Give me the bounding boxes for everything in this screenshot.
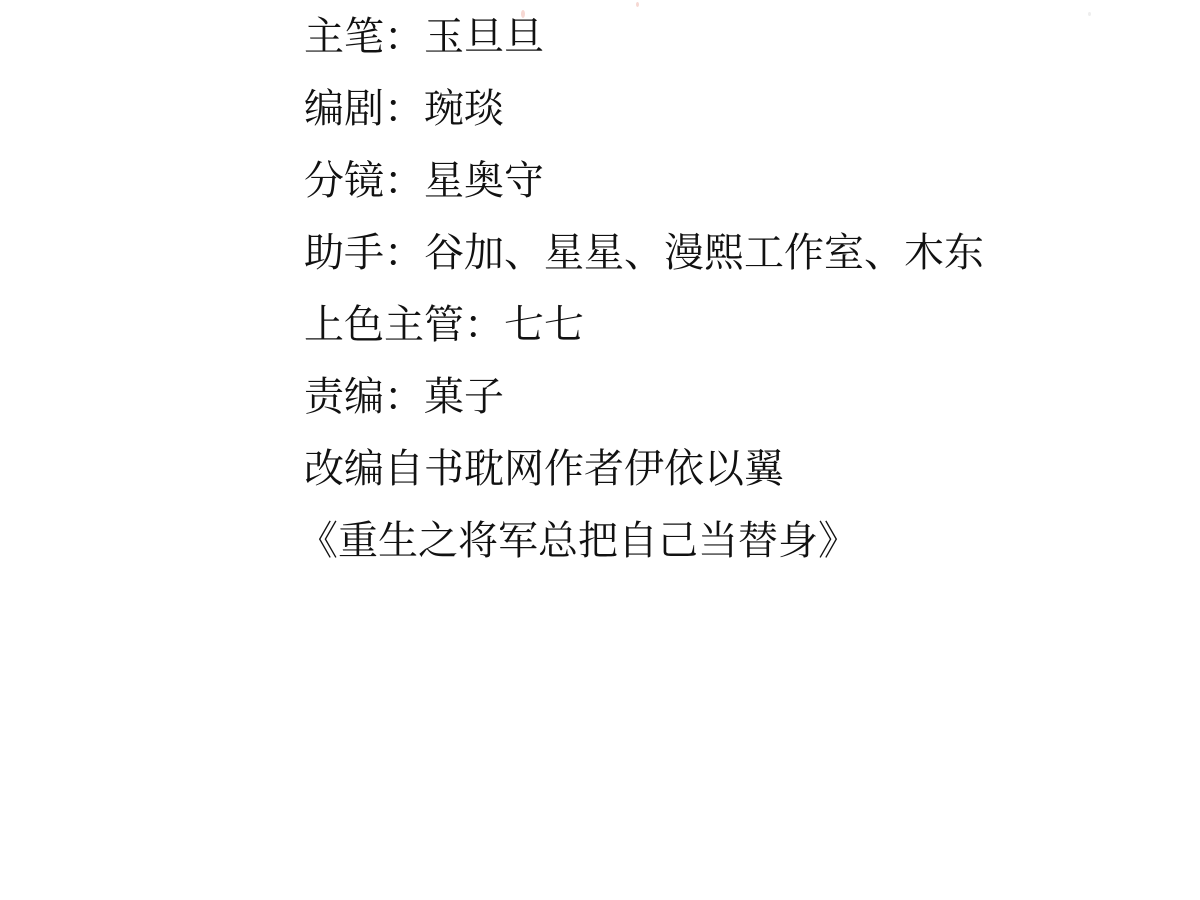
credit-name: 七七 [504, 302, 584, 348]
credit-line-assistants: 助手：谷加、星星、漫熙工作室、木东 [304, 228, 984, 300]
work-title: 《重生之将军总把自己当替身》 [298, 516, 984, 588]
credit-line-lead-artist: 主笔：玉旦旦 [304, 12, 984, 84]
credit-role: 主笔： [304, 14, 424, 60]
credit-line-editor: 责编：菓子 [304, 372, 984, 444]
credit-role: 责编： [304, 374, 424, 420]
decorative-speck [1088, 12, 1091, 16]
credit-name: 玉旦旦 [424, 14, 544, 60]
credit-role: 编剧： [304, 86, 424, 132]
credit-name: 谷加、星星、漫熙工作室、木东 [424, 230, 984, 276]
credit-name: 琬琰 [424, 86, 504, 132]
credit-name: 菓子 [424, 374, 504, 420]
credit-line-coloring-lead: 上色主管：七七 [304, 300, 984, 372]
credit-line-screenwriter: 编剧：琬琰 [304, 84, 984, 156]
decorative-speck [636, 2, 639, 7]
credit-role: 分镜： [304, 158, 424, 204]
credit-role: 上色主管： [304, 302, 504, 348]
credit-role: 助手： [304, 230, 424, 276]
source-attribution: 改编自书耽网作者伊依以翼 [304, 444, 984, 516]
credits-list: 主笔：玉旦旦 编剧：琬琰 分镜：星奥守 助手：谷加、星星、漫熙工作室、木东 上色… [304, 12, 984, 588]
credit-line-storyboard: 分镜：星奥守 [304, 156, 984, 228]
credit-name: 星奥守 [424, 158, 544, 204]
